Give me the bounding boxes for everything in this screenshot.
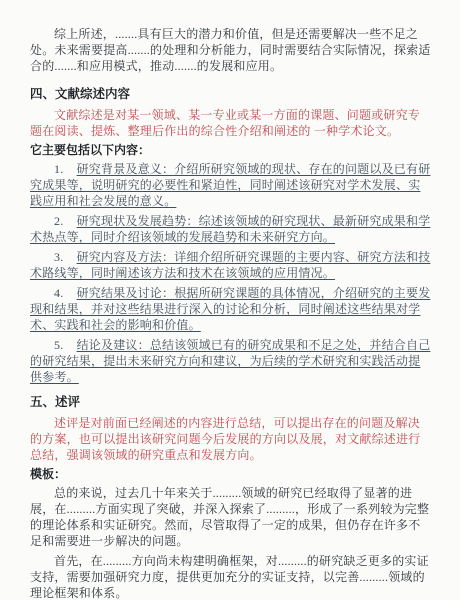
- section-5-heading: 五、述评: [30, 394, 432, 410]
- list-item-3-number: 3.: [54, 250, 63, 264]
- literature-review-definition: 文献综述是对某一领域、某一专业或某一方面的课题、问题或研究专题在阅读、提炼、整理…: [30, 107, 432, 139]
- list-item-5-text: 结论及建议：总结该领域已有的研究成果和不足之处，并结合自己的研究结果，提出未来研…: [30, 338, 430, 384]
- list-item-4-number: 4.: [54, 286, 63, 300]
- list-item-2-text: 研究现状及发展趋势：综述该领域的研究现状、最新研究成果和学术热点等，同时介绍该领…: [30, 214, 430, 244]
- list-intro-label: 它主要包括以下内容：: [30, 142, 432, 158]
- list-item-3: 3.研究内容及方法：详细介绍所研究课题的主要内容、研究方法和技术路线等，同时阐述…: [30, 249, 432, 281]
- list-item-2-number: 2.: [54, 214, 63, 228]
- template-paragraph-1: 总的来说，过去几十年来关于.........领域的研究已经取得了显著的进展，在.…: [30, 485, 432, 549]
- list-item-4: 4.研究结果及讨论：根据所研究课题的具体情况，介绍研究的主要发现和结果，并对这些…: [30, 285, 432, 333]
- commentary-definition: 述评是对前面已经阐述的内容进行总结，可以提出存在的问题及解决的方案，也可以提出该…: [30, 415, 432, 463]
- template-paragraph-2: 首先，在.........方向尚未构建明确框架，对.........的研究缺乏更…: [30, 553, 432, 600]
- list-item-3-text: 研究内容及方法：详细介绍所研究课题的主要内容、研究方法和技术路线等，同时阐述该方…: [30, 250, 430, 280]
- list-item-5: 5.结论及建议：总结该领域已有的研究成果和不足之处，并结合自己的研究结果，提出未…: [30, 337, 432, 385]
- list-item-1: 1.研究背景及意义：介绍所研究领域的现状、存在的问题以及已有研究成果等，说明研究…: [30, 161, 432, 209]
- list-item-1-number: 1.: [54, 162, 63, 176]
- list-item-4-text: 研究结果及讨论：根据所研究课题的具体情况，介绍研究的主要发现和结果，并对这些结果…: [30, 286, 430, 332]
- list-item-2: 2.研究现状及发展趋势：综述该领域的研究现状、最新研究成果和学术热点等，同时介绍…: [30, 213, 432, 245]
- template-label: 模板：: [30, 466, 432, 482]
- document-page: 综上所述，.......具有巨大的潜力和价值，但是还需要解决一些不足之处。未来需…: [0, 0, 460, 600]
- conclusion-summary-paragraph: 综上所述，.......具有巨大的潜力和价值，但是还需要解决一些不足之处。未来需…: [30, 26, 432, 74]
- section-4-heading: 四、文献综述内容: [30, 86, 432, 102]
- list-item-5-number: 5.: [54, 338, 63, 352]
- list-item-1-text: 研究背景及意义：介绍所研究领域的现状、存在的问题以及已有研究成果等，说明研究的必…: [30, 162, 430, 208]
